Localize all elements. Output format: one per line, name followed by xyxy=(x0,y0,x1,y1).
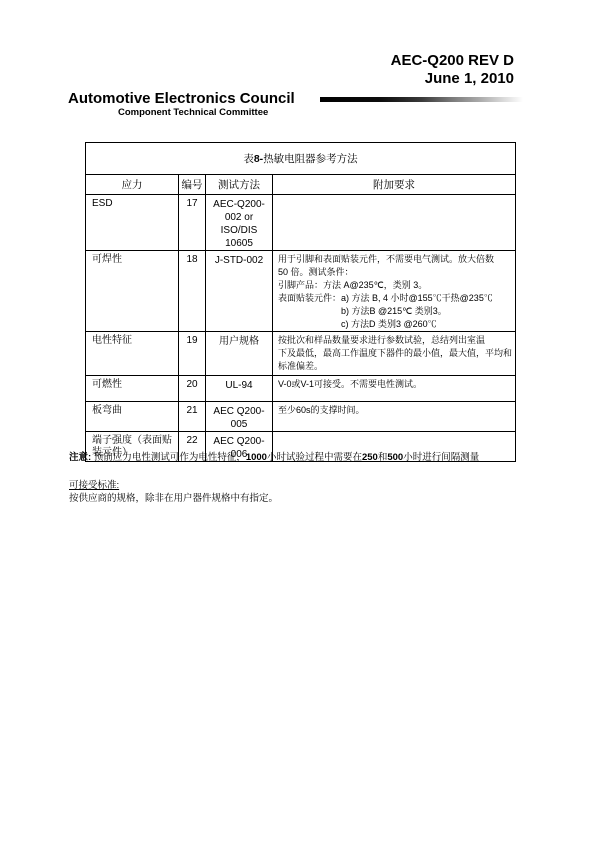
col-header-requirements: 附加要求 xyxy=(273,175,516,195)
table-row: 可燃性 20 UL-94 V-0或V-1可接受。不需要电性测试。 xyxy=(86,376,516,402)
note-label: 注意: xyxy=(69,452,94,463)
note-line: 注意: 预前应力电性测试可作为电性特征，1000小时试验过程中需要在250和50… xyxy=(69,452,539,464)
number-cell: 19 xyxy=(179,332,206,376)
requirements-cell: 至少60s的支撑时间。 xyxy=(273,402,516,432)
organization-name: Automotive Electronics Council xyxy=(68,90,295,107)
col-header-number: 编号 xyxy=(179,175,206,195)
requirements-cell: 按批次和样品数量要求进行参数试验，总结列出室温 下及最低，最高工作温度下器件的最… xyxy=(273,332,516,376)
stress-cell: ESD xyxy=(86,195,179,251)
stress-cell: 板弯曲 xyxy=(86,402,179,432)
stress-cell: 可焊性 xyxy=(86,251,179,332)
table-row: 可焊性 18 J-STD-002 用于引脚和表面贴装元件，不需要电气测试。放大倍… xyxy=(86,251,516,332)
table-title-row: 表8-热敏电阻器参考方法 xyxy=(86,143,516,175)
table-row: 板弯曲 21 AEC Q200-005 至少60s的支撑时间。 xyxy=(86,402,516,432)
header-gradient-rule xyxy=(320,97,523,102)
method-cell: UL-94 xyxy=(206,376,273,402)
committee-name: Component Technical Committee xyxy=(118,107,268,118)
doc-reference: AEC-Q200 REV D xyxy=(391,52,514,70)
method-cell: 用户规格 xyxy=(206,332,273,376)
requirements-cell: V-0或V-1可接受。不需要电性测试。 xyxy=(273,376,516,402)
table-title-rest: 热敏电阻器参考方法 xyxy=(263,153,358,165)
acceptance-criteria-heading: 可接受标准: xyxy=(69,477,119,491)
requirements-cell xyxy=(273,195,516,251)
table-row: ESD 17 AEC-Q200-002 or ISO/DIS 10605 xyxy=(86,195,516,251)
table-header-row: 应力 编号 测试方法 附加要求 xyxy=(86,175,516,195)
stress-cell: 可燃性 xyxy=(86,376,179,402)
note-text: 和 xyxy=(378,452,388,463)
ref-methods-table: 表8-热敏电阻器参考方法 应力 编号 测试方法 附加要求 ESD 17 AEC-… xyxy=(85,142,516,462)
note-hours-250: 250 xyxy=(362,452,378,463)
method-cell: AEC-Q200-002 or ISO/DIS 10605 xyxy=(206,195,273,251)
number-cell: 21 xyxy=(179,402,206,432)
note-text: 预前应力电性测试可作为电性特征， xyxy=(94,452,246,463)
number-cell: 20 xyxy=(179,376,206,402)
acceptance-criteria-text: 按供应商的规格，除非在用户器件规格中有指定。 xyxy=(69,490,278,504)
col-header-method: 测试方法 xyxy=(206,175,273,195)
number-cell: 17 xyxy=(179,195,206,251)
doc-reference-block: AEC-Q200 REV D June 1, 2010 xyxy=(391,52,514,88)
note-hours-500: 500 xyxy=(387,452,403,463)
note-hours-1000: 1000 xyxy=(246,452,267,463)
table-title-prefix: 表 xyxy=(243,153,254,165)
number-cell: 18 xyxy=(179,251,206,332)
stress-cell: 电性特征 xyxy=(86,332,179,376)
method-cell: AEC Q200-005 xyxy=(206,402,273,432)
note-text: 小时进行间隔测量 xyxy=(403,452,479,463)
col-header-stress: 应力 xyxy=(86,175,179,195)
note-text: 小时试验过程中需要在 xyxy=(267,452,362,463)
requirements-cell: 用于引脚和表面贴装元件，不需要电气测试。放大倍数 50 倍。测试条件： 引脚产品… xyxy=(273,251,516,332)
document-page: AEC-Q200 REV D June 1, 2010 Automotive E… xyxy=(0,0,595,842)
table-title-number: 8- xyxy=(254,153,263,165)
table-row: 电性特征 19 用户规格 按批次和样品数量要求进行参数试验，总结列出室温 下及最… xyxy=(86,332,516,376)
doc-date: June 1, 2010 xyxy=(391,70,514,88)
method-cell: J-STD-002 xyxy=(206,251,273,332)
table-title: 表8-热敏电阻器参考方法 xyxy=(86,143,516,175)
